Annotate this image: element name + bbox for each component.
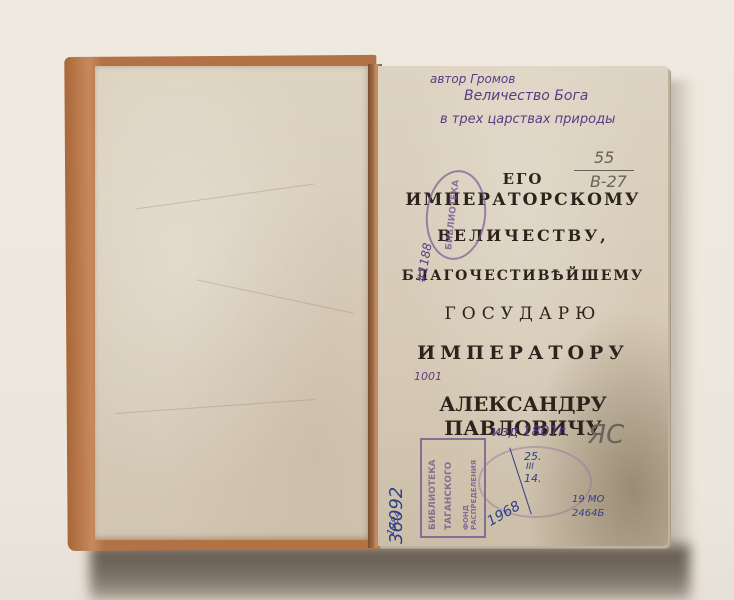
book-shadow [90,545,690,600]
title-line-5: ГОСУДАРЮ [378,304,668,324]
title-page: автор Громов Величество Бога в трех царс… [378,66,668,546]
title-note-2: в трех царствах природы [440,112,615,127]
paper-crease [115,399,315,414]
title-line-1: ЕГО [378,170,668,188]
title-note-1: Величество Бога [464,88,588,104]
year-note: 1001 [414,370,442,383]
shelf-mark-top: 55 [594,148,614,167]
pencil-initials: ЯС [588,420,624,450]
date-note-year: 14. [524,472,542,485]
left-endpaper [95,66,371,540]
date-note-month: III [526,462,534,472]
side-shadow [665,80,695,550]
title-line-2: ИМПЕРАТОРСКОМУ [378,190,668,210]
paper-crease [197,279,354,313]
library-stamp-rect: БИБЛИОТЕКА ТАГАНСКОГО ФОНД РАСПРЕДЕЛЕНИЯ [420,438,486,538]
publication-year: изд 1801г. [492,424,570,440]
corner-note-2: 2464Б [572,508,604,519]
author-note: автор Громов [430,72,515,86]
paper-crease [136,183,314,209]
corner-note-1: 19 МО [572,494,604,505]
title-line-6: ИМПЕРАТОРУ [378,342,668,364]
